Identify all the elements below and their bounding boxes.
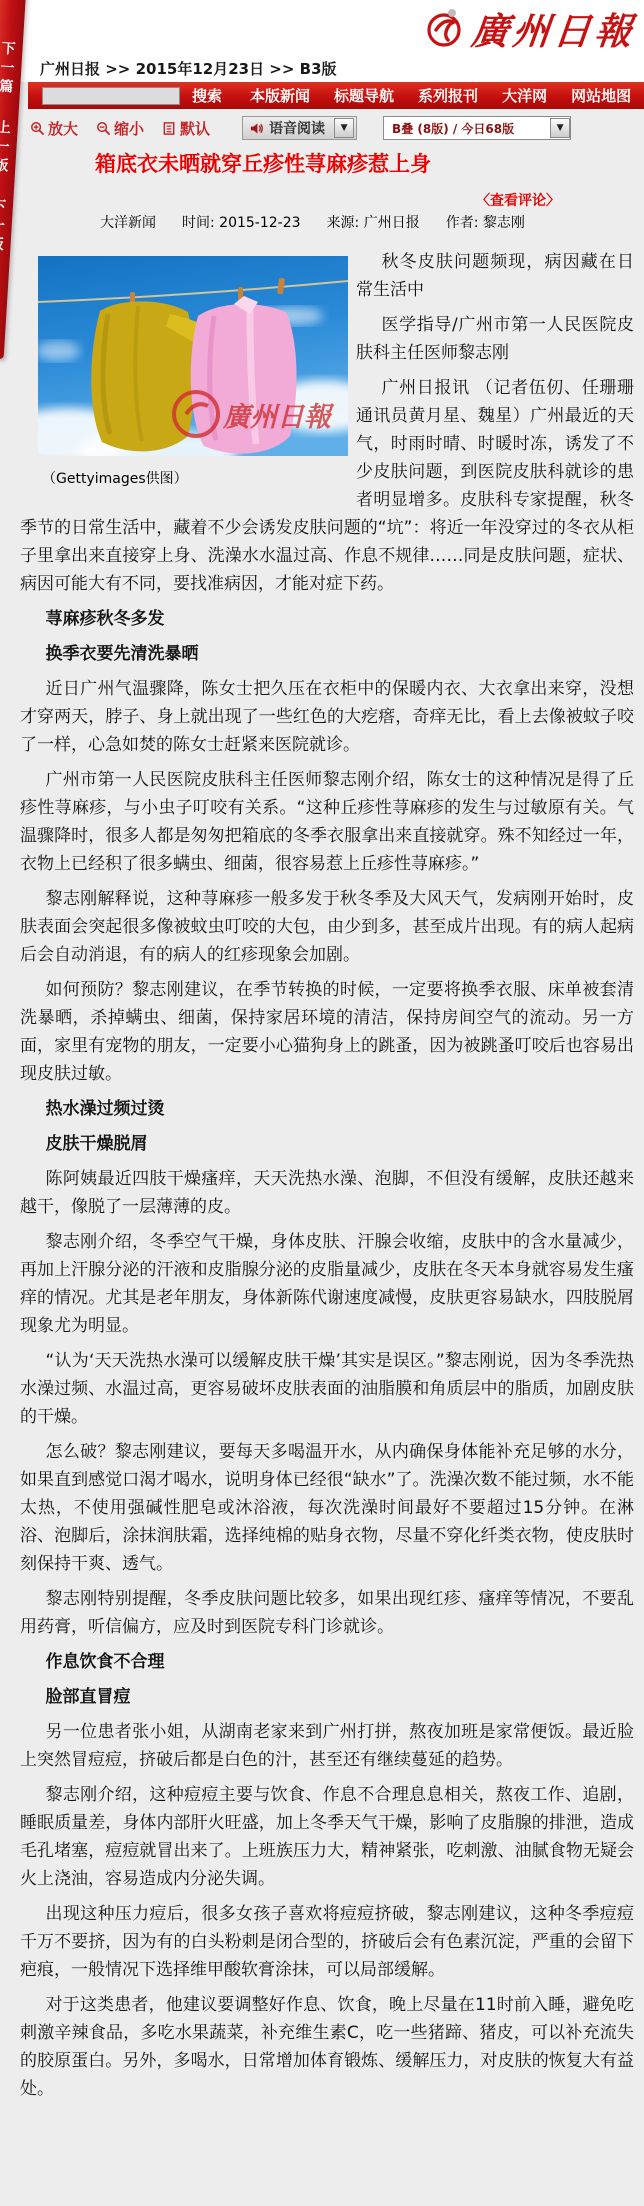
search-button[interactable]: 搜索: [192, 85, 222, 106]
article-paragraph: 黎志刚特别提醒，冬季皮肤问题比较多，如果出现红疹、瘙痒等情况，不要乱用药膏，听信…: [20, 1585, 634, 1641]
zoom-out-label: 缩小: [114, 118, 144, 139]
article-paragraph: 黎志刚解释说，这种荨麻疹一般多发于秋冬季及大风天气，发病刚开始时，皮肤表面会突起…: [20, 885, 634, 969]
meta-time: 时间: 2015-12-23: [182, 212, 301, 232]
breadcrumb[interactable]: 广州日报 >> 2015年12月23日 >> B3版: [40, 58, 337, 79]
nav-link-series-papers[interactable]: 系列报刊: [418, 85, 478, 106]
document-icon: [162, 121, 177, 136]
nav-link-dayoo[interactable]: 大洋网: [502, 85, 547, 106]
view-comments-link[interactable]: 〈查看评论〉: [476, 193, 560, 209]
section-heading: 皮肤干燥脱屑: [20, 1130, 634, 1158]
ribbon-prev-edition-link[interactable]: 上一版: [0, 119, 13, 177]
article-paragraph: 怎么破？黎志刚建议，要每天多喝温开水，从内确保身体能补充足够的水分，如果直到感觉…: [20, 1438, 634, 1578]
zoom-in-label: 放大: [48, 118, 78, 139]
navbar: 搜索 本版新闻 标题导航 系列报刊 大洋网 网站地图: [28, 82, 644, 109]
toolbar: 放大 缩小 默认 语音阅读 ▼ B叠 (8版) / 今日68版 ▼: [30, 112, 644, 144]
edition-select-value: B叠 (8版) / 今日68版: [392, 120, 514, 137]
article-paragraph: 黎志刚介绍，这种痘痘主要与饮食、作息不合理息息相关，熬夜工作、追剧，睡眠质量差，…: [20, 1781, 634, 1893]
edition-chevron-down-icon[interactable]: ▼: [550, 118, 570, 138]
section-heading: 荨麻疹秋冬多发: [20, 605, 634, 633]
article-paragraph: 出现这种压力痘后，很多女孩子喜欢将痘痘挤破，黎志刚建议，这种冬季痘痘千万不要挤，…: [20, 1900, 634, 1984]
article-paragraph: 另一位患者张小姐，从湖南老家来到广州打拼，熬夜加班是家常便饭。最近脸上突然冒痘痘…: [20, 1718, 634, 1774]
meta-origin: 来源: 广州日报: [327, 212, 420, 232]
zoom-out-button[interactable]: 缩小: [96, 118, 144, 139]
magnifier-minus-icon: [96, 121, 111, 136]
voice-chevron-down-icon[interactable]: ▼: [334, 118, 354, 138]
comments-line: 〈查看评论〉: [0, 190, 560, 210]
photo-watermark: 廣州日報: [222, 402, 335, 433]
gzdaily-swirl-icon: [422, 6, 466, 50]
article-paragraph: 陈阿姨最近四肢干燥瘙痒，天天洗热水澡、泡脚，不但没有缓解，皮肤还越来越干，像脱了…: [20, 1165, 634, 1221]
article-meta: 大洋新闻 时间: 2015-12-23 来源: 广州日报 作者: 黎志刚: [100, 212, 525, 232]
edition-select[interactable]: B叠 (8版) / 今日68版 ▼: [383, 116, 571, 140]
magnifier-plus-icon: [30, 121, 45, 136]
nav-link-sitemap[interactable]: 网站地图: [571, 85, 631, 106]
article-paragraph: 近日广州气温骤降，陈女士把久压在衣柜中的保暖内衣、大衣拿出来穿，没想才穿两天，脖…: [20, 675, 634, 759]
zoom-in-button[interactable]: 放大: [30, 118, 78, 139]
clothesline-photo-illustration: 廣州日報: [38, 256, 348, 456]
ribbon-next-edition-link[interactable]: 下一版: [0, 198, 8, 256]
article-paragraph: 如何预防？黎志刚建议，在季节转换的时候，一定要将换季衣服、床单被套清洗暴晒，杀掉…: [20, 976, 634, 1088]
voice-reading-button[interactable]: 语音阅读 ▼: [242, 116, 357, 140]
section-heading: 热水澡过频过烫: [20, 1095, 634, 1123]
section-heading: 作息饮食不合理: [20, 1648, 634, 1676]
article-paragraph: 广州市第一人民医院皮肤科主任医师黎志刚介绍，陈女士的这种情况是得了丘疹性荨麻疹，…: [20, 766, 634, 878]
speaker-icon: [249, 121, 264, 136]
article-title: 箱底衣未晒就穿丘疹性荨麻疹惹上身: [95, 148, 615, 178]
default-size-label: 默认: [180, 118, 210, 139]
nav-link-headline-nav[interactable]: 标题导航: [334, 85, 394, 106]
article-paragraph: 对于这类患者，他建议要调整好作息、饮食，晚上尽量在11时前入睡，避免吃刺激辛辣食…: [20, 1991, 634, 2103]
article-photo: 廣州日報 （Gettyimages供图）: [38, 256, 348, 488]
default-size-button[interactable]: 默认: [162, 118, 210, 139]
masthead: 廣州日報: [422, 2, 636, 54]
article-paragraph: “认为‘天天洗热水澡可以缓解皮肤干燥’其实是误区。”黎志刚说，因为冬季洗热水澡过…: [20, 1347, 634, 1431]
nav-link-page-news[interactable]: 本版新闻: [250, 85, 310, 106]
photo-caption: （Gettyimages供图）: [38, 468, 348, 488]
article-paragraph: 黎志刚介绍，冬季空气干燥，身体皮肤、汗腺会收缩，皮肤中的含水量减少，再加上汗腺分…: [20, 1228, 634, 1340]
voice-reading-label: 语音阅读: [269, 118, 325, 138]
article-body: 廣州日報 （Gettyimages供图） 秋冬皮肤问题频现，病因藏在日常生活中 …: [20, 248, 634, 2110]
nav-links: 本版新闻 标题导航 系列报刊 大洋网 网站地图: [250, 85, 631, 106]
section-heading: 脸部直冒痘: [20, 1683, 634, 1711]
meta-source-site[interactable]: 大洋新闻: [100, 212, 156, 232]
ribbon-next-article-link[interactable]: 下一篇: [0, 40, 18, 98]
section-heading: 换季衣要先清洗暴晒: [20, 640, 634, 668]
search-input[interactable]: [42, 87, 180, 105]
gzdaily-logo-text: 廣州日報: [469, 1, 639, 55]
meta-author: 作者: 黎志刚: [446, 212, 525, 232]
